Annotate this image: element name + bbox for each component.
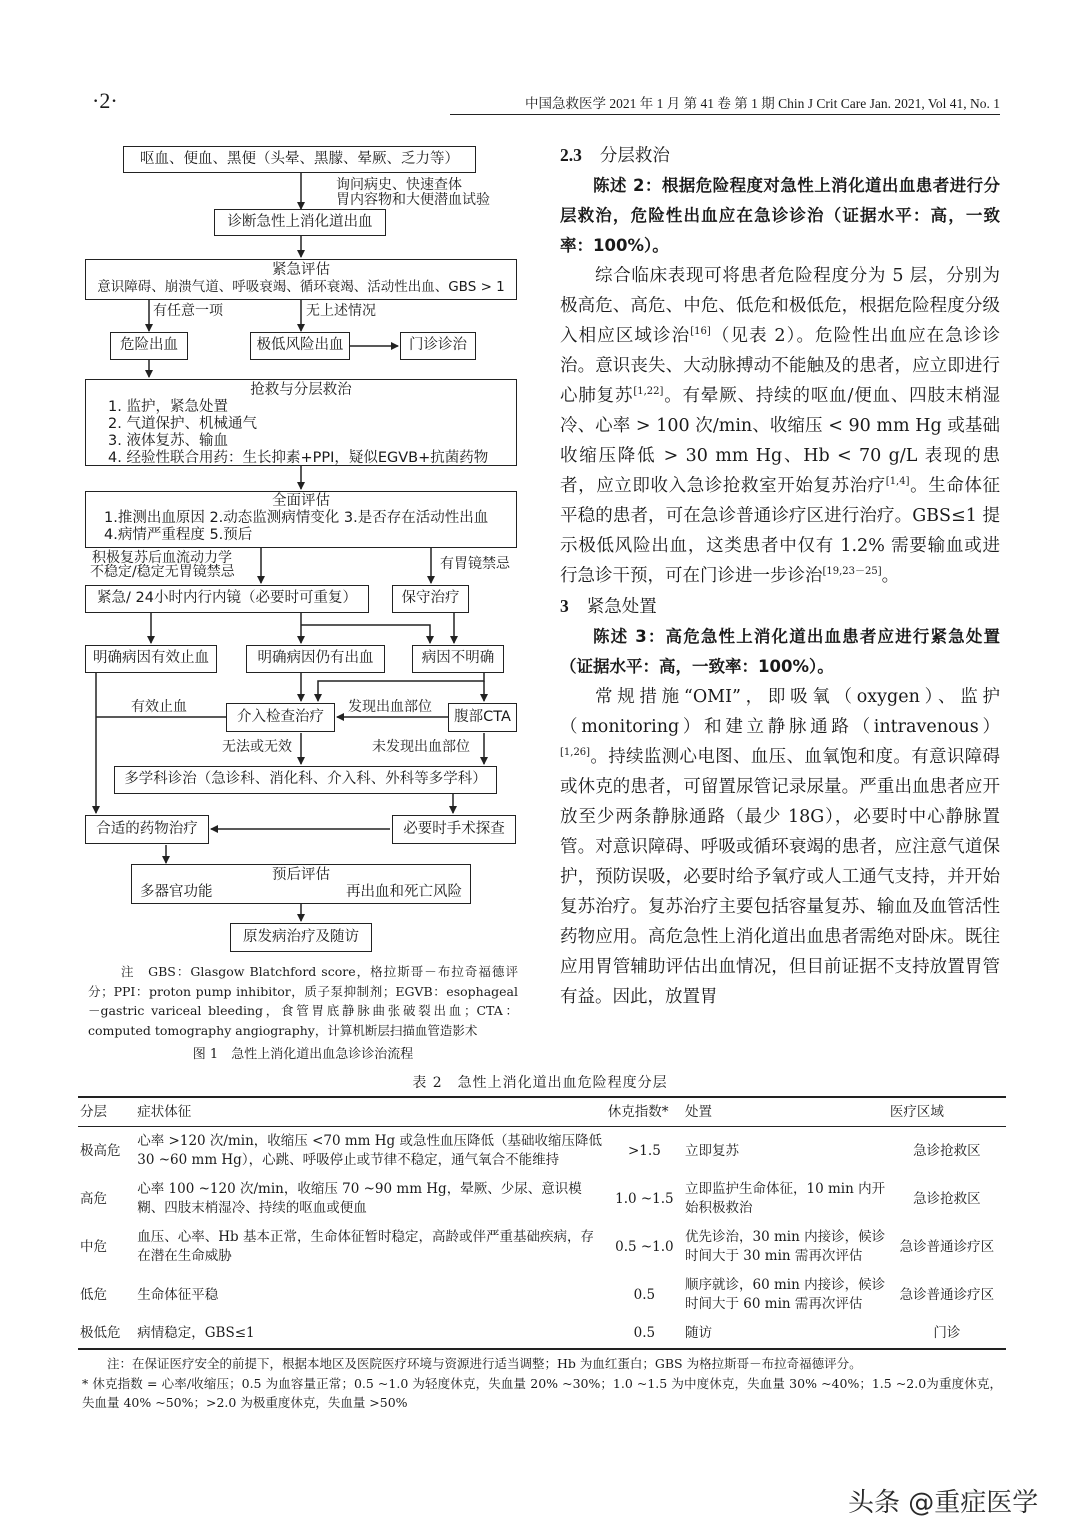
cell-zone: 急诊抢救区 — [888, 1175, 1006, 1223]
cell-zone: 门诊 — [888, 1319, 1006, 1349]
cell-symptoms: 病情稳定，GBS≤1 — [135, 1319, 606, 1349]
section-title: 紧急处置 — [587, 597, 657, 617]
running-head: 中国急救医学 2021 年 1 月 第 41 卷 第 1 期 Chin J Cr… — [450, 92, 1000, 115]
column-header: 处置 — [683, 1097, 888, 1127]
column-header: 医疗区域 — [888, 1097, 1006, 1127]
cell-zone: 急诊普通诊疗区 — [888, 1223, 1006, 1271]
cell-action: 立即复苏 — [683, 1127, 888, 1176]
flow-box-abdominal-cta: 腹部CTA — [448, 703, 517, 732]
prognosis-title: 预后评估 — [132, 867, 470, 884]
cell-shock-index: 0.5 — [606, 1271, 683, 1319]
section-heading-3: 3紧急处置 — [560, 591, 1000, 622]
flow-box-full-eval: 全面评估 1.推测出血原因 2.动态监测病情变化 3.是否存在活动性出血 4.病… — [85, 491, 517, 548]
cell-level: 极低危 — [78, 1319, 135, 1349]
statement-3: 陈述 3：高危急性上消化道出血患者应进行紧急处置（证据水平：高，一致率：100%… — [560, 622, 1000, 682]
flow-box-outpatient: 门诊诊治 — [400, 332, 476, 360]
table-note-line: 注：在保证医疗安全的前提下，根据本地区及医院医疗环境与资源进行适当调整；Hb 为… — [82, 1354, 1002, 1374]
table-header-row: 分层 症状体征 休克指数* 处置 医疗区域 — [78, 1097, 1006, 1127]
flow-box-cause-clear-bleeding: 明确病因仍有出血 — [246, 645, 385, 673]
column-header: 休克指数* — [606, 1097, 683, 1127]
table-note-line: * 休克指数 = 心率/收缩压；0.5 为血容量正常；0.5 ~1.0 为轻度休… — [82, 1374, 1002, 1413]
section-number: 3 — [560, 596, 569, 616]
prognosis-left: 多器官功能 — [140, 884, 213, 901]
flow-box-diagnose: 诊断急性上消化道出血 — [214, 209, 386, 236]
citation: [16] — [690, 326, 711, 337]
cell-action: 立即监护生命体征，10 min 内开始积极救治 — [683, 1175, 888, 1223]
cell-shock-index: 0.5 — [606, 1319, 683, 1349]
cell-action: 随访 — [683, 1319, 888, 1349]
flow-label-effective: 有效止血 — [131, 700, 187, 715]
risk-stratification-table: 分层 症状体征 休克指数* 处置 医疗区域 极高危 心率 >120 次/min，… — [78, 1096, 1006, 1350]
page-number: ·2· — [92, 88, 118, 114]
rescue-item: 1. 监护，紧急处置 — [108, 399, 516, 416]
rescue-title: 抢救与分层救治 — [86, 382, 516, 399]
cell-shock-index: 0.5 ~1.0 — [606, 1223, 683, 1271]
cell-level: 高危 — [78, 1175, 135, 1223]
urgent-eval-items: 意识障碍、崩溃气道、呼吸衰竭、循环衰竭、活动性出血、GBS > 1 — [86, 279, 516, 296]
flow-label-none-above: 无上述情况 — [306, 304, 376, 319]
flow-label-any-item: 有任意一项 — [153, 304, 223, 319]
flow-box-rescue: 抢救与分层救治 1. 监护，紧急处置 2. 气道保护、机械通气 3. 液体复苏、… — [85, 379, 517, 466]
full-eval-title: 全面评估 — [86, 493, 516, 510]
flow-box-mdt: 多学科诊治（急诊科、消化科、介入科、外科等多学科） — [114, 766, 497, 794]
cell-level: 极高危 — [78, 1127, 135, 1176]
flow-box-conservative: 保守治疗 — [392, 585, 469, 613]
section-number: 2.3 — [560, 145, 582, 165]
paragraph: 综合临床表现可将患者危险程度分为 5 层，分别为极高危、高危、中危、低危和极低危… — [560, 261, 1000, 591]
flow-label-unstable: 不稳定/稳定无胃镜禁忌 — [90, 565, 235, 580]
text-run: 。持续监测心电图、血压、血氧饱和度。有意识障碍或休克的患者，可留置尿管记录尿量。… — [560, 747, 1000, 1007]
cell-zone: 急诊普通诊疗区 — [888, 1271, 1006, 1319]
figure-caption: 图 1 急性上消化道出血急诊诊治流程 — [88, 1043, 518, 1062]
flow-box-dangerous-bleeding: 危险出血 — [110, 332, 188, 360]
right-column: 2.3分层救治 陈述 2：根据危险程度对急性上消化道出血患者进行分层救治，危险性… — [560, 140, 1000, 1012]
flow-box-primary-followup: 原发病治疗及随访 — [230, 923, 372, 952]
table-title: 表 2 急性上消化道出血危险程度分层 — [70, 1072, 1010, 1092]
flow-box-interventional: 介入检查治疗 — [226, 703, 335, 732]
cell-level: 中危 — [78, 1223, 135, 1271]
cell-action: 优先诊治，30 min 内接诊，候诊时间大于 30 min 需再次评估 — [683, 1223, 888, 1271]
statement-2: 陈述 2：根据危险程度对急性上消化道出血患者进行分层救治，危险性出血应在急诊诊治… — [560, 171, 1000, 261]
citation: [1,4] — [886, 476, 910, 487]
flow-box-medication: 合适的药物治疗 — [85, 815, 209, 844]
flow-box-endoscopy: 紧急/ 24小时内行内镜（必要时可重复） — [85, 585, 369, 613]
flow-box-symptoms: 呕血、便血、黑便（头晕、黑朦、晕厥、乏力等） — [123, 146, 476, 173]
citation: [19,23－25] — [823, 566, 882, 577]
paragraph: 常规措施“OMI”，即吸氧（oxygen）、监护（monitoring）和建立静… — [560, 682, 1000, 1012]
column-header: 分层 — [78, 1097, 135, 1127]
figure-note-text: 注 GBS：Glasgow Blatchford score，格拉斯哥－布拉奇福… — [88, 964, 518, 1038]
flow-box-cause-clear-stopped: 明确病因有效止血 — [85, 645, 217, 673]
table-row: 中危 血压、心率、Hb 基本正常，生命体征暂时稳定，高龄或伴严重基础疾病，存在潜… — [78, 1223, 1006, 1271]
cell-zone: 急诊抢救区 — [888, 1127, 1006, 1176]
table-row: 低危 生命体征平稳 0.5 顺序就诊，60 min 内接诊，候诊时间大于 60 … — [78, 1271, 1006, 1319]
flow-label-failed: 无法或无效 — [222, 740, 292, 755]
cell-action: 顺序就诊，60 min 内接诊，候诊时间大于 60 min 需再次评估 — [683, 1271, 888, 1319]
watermark: 头条 @重症医学 — [848, 1482, 1038, 1519]
flow-label-contraindicated: 有胃镜禁忌 — [440, 557, 510, 572]
citation: [1,26] — [560, 747, 590, 758]
cell-symptoms: 心率 100 ~120 次/min，收缩压 70 ~90 mm Hg，晕厥、少尿… — [135, 1175, 606, 1223]
flow-box-cause-unclear: 病因不明确 — [412, 645, 504, 673]
full-eval-item: 4.病情严重程度 5.预后 — [104, 527, 516, 544]
flow-label-found-site: 发现出血部位 — [348, 700, 432, 715]
rescue-item: 4. 经验性联合用药：生长抑素+PPI，疑似EGVB+抗菌药物 — [108, 450, 516, 467]
flow-box-urgent-eval: 紧急评估 意识障碍、崩溃气道、呼吸衰竭、循环衰竭、活动性出血、GBS > 1 — [85, 259, 517, 300]
flow-box-surgery: 必要时手术探查 — [392, 815, 516, 844]
prognosis-right: 再出血和死亡风险 — [346, 884, 462, 901]
flow-label-tests: 胃内容物和大便潜血试验 — [336, 193, 490, 208]
citation: [1,22] — [633, 386, 663, 397]
text-run: 常规措施“OMI”，即吸氧（oxygen）、监护（monitoring）和建立静… — [560, 687, 1000, 737]
cell-symptoms: 血压、心率、Hb 基本正常，生命体征暂时稳定，高龄或伴严重基础疾病，存在潜在生命… — [135, 1223, 606, 1271]
flow-label-history: 询问病史、快速查体 — [336, 178, 462, 193]
cell-symptoms: 心率 >120 次/min，收缩压 <70 mm Hg 或急性血压降低（基础收缩… — [135, 1127, 606, 1176]
section-title: 分层救治 — [600, 146, 670, 166]
column-header: 症状体征 — [135, 1097, 606, 1127]
figure-note: 注 GBS：Glasgow Blatchford score，格拉斯哥－布拉奇福… — [88, 962, 518, 1040]
full-eval-item: 1.推测出血原因 2.动态监测病情变化 3.是否存在活动性出血 — [104, 510, 516, 527]
table-row: 极高危 心率 >120 次/min，收缩压 <70 mm Hg 或急性血压降低（… — [78, 1127, 1006, 1176]
section-heading-2-3: 2.3分层救治 — [560, 140, 1000, 171]
cell-shock-index: >1.5 — [606, 1127, 683, 1176]
cell-level: 低危 — [78, 1271, 135, 1319]
flow-box-prognosis: 预后评估 多器官功能 再出血和死亡风险 — [131, 864, 471, 904]
urgent-eval-title: 紧急评估 — [86, 262, 516, 279]
table-row: 高危 心率 100 ~120 次/min，收缩压 70 ~90 mm Hg，晕厥… — [78, 1175, 1006, 1223]
cell-shock-index: 1.0 ~1.5 — [606, 1175, 683, 1223]
flow-label-not-found: 未发现出血部位 — [372, 740, 470, 755]
cell-symptoms: 生命体征平稳 — [135, 1271, 606, 1319]
table-row: 极低危 病情稳定，GBS≤1 0.5 随访 门诊 — [78, 1319, 1006, 1349]
rescue-item: 2. 气道保护、机械通气 — [108, 416, 516, 433]
flow-box-very-low-risk: 极低风险出血 — [250, 332, 350, 360]
table-note: 注：在保证医疗安全的前提下，根据本地区及医院医疗环境与资源进行适当调整；Hb 为… — [82, 1354, 1002, 1413]
rescue-item: 3. 液体复苏、输血 — [108, 433, 516, 450]
text-run: 。 — [882, 566, 900, 586]
